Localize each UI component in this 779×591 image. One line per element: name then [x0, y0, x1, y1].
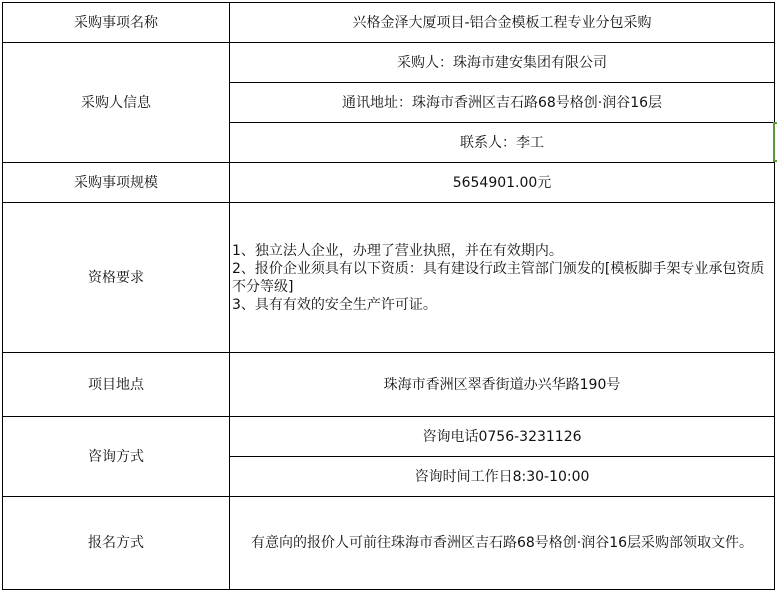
qualification-item-2: 2、报价企业须具有以下资质：具有建设行政主管部门颁发的[模板脚手架专业承包资质不…	[232, 260, 770, 296]
value-contact: 联系人：李工	[230, 123, 775, 163]
row-consult-phone: 咨询方式 咨询电话0756-3231126	[3, 417, 775, 457]
row-qualifications: 资格要求 1、独立法人企业，办理了营业执照，并在有效期内。 2、报价企业须具有以…	[3, 203, 775, 353]
row-purchaser-info: 采购人信息 采购人：珠海市建安集团有限公司	[3, 43, 775, 83]
procurement-info-table: 采购事项名称 兴格金泽大厦项目-铝合金模板工程专业分包采购 采购人信息 采购人：…	[2, 2, 775, 590]
row-project-location: 项目地点 珠海市香洲区翠香街道办兴华路190号	[3, 353, 775, 417]
label-registration-method: 报名方式	[3, 497, 230, 590]
value-consult-phone: 咨询电话0756-3231126	[230, 417, 775, 457]
value-purchaser: 采购人：珠海市建安集团有限公司	[230, 43, 775, 83]
value-address: 通讯地址：珠海市香洲区吉石路68号格创·润谷16层	[230, 83, 775, 123]
row-procurement-name: 采购事项名称 兴格金泽大厦项目-铝合金模板工程专业分包采购	[3, 3, 775, 43]
label-qualifications: 资格要求	[3, 203, 230, 353]
value-registration-method: 有意向的报价人可前往珠海市香洲区吉石路68号格创·润谷16层采购部领取文件。	[230, 497, 775, 590]
qualification-item-3: 3、具有有效的安全生产许可证。	[232, 296, 770, 314]
cell-selection-marker	[773, 122, 777, 162]
value-procurement-name: 兴格金泽大厦项目-铝合金模板工程专业分包采购	[230, 3, 775, 43]
label-procurement-scale: 采购事项规模	[3, 163, 230, 203]
value-qualifications: 1、独立法人企业，办理了营业执照，并在有效期内。 2、报价企业须具有以下资质：具…	[230, 203, 775, 353]
value-procurement-scale: 5654901.00元	[230, 163, 775, 203]
value-project-location: 珠海市香洲区翠香街道办兴华路190号	[230, 353, 775, 417]
label-procurement-name: 采购事项名称	[3, 3, 230, 43]
value-consult-time: 咨询时间工作日8:30-10:00	[230, 457, 775, 497]
qualification-item-1: 1、独立法人企业，办理了营业执照，并在有效期内。	[232, 242, 770, 260]
label-project-location: 项目地点	[3, 353, 230, 417]
label-purchaser-info: 采购人信息	[3, 43, 230, 163]
row-registration-method: 报名方式 有意向的报价人可前往珠海市香洲区吉石路68号格创·润谷16层采购部领取…	[3, 497, 775, 590]
row-procurement-scale: 采购事项规模 5654901.00元	[3, 163, 775, 203]
label-consult-method: 咨询方式	[3, 417, 230, 497]
